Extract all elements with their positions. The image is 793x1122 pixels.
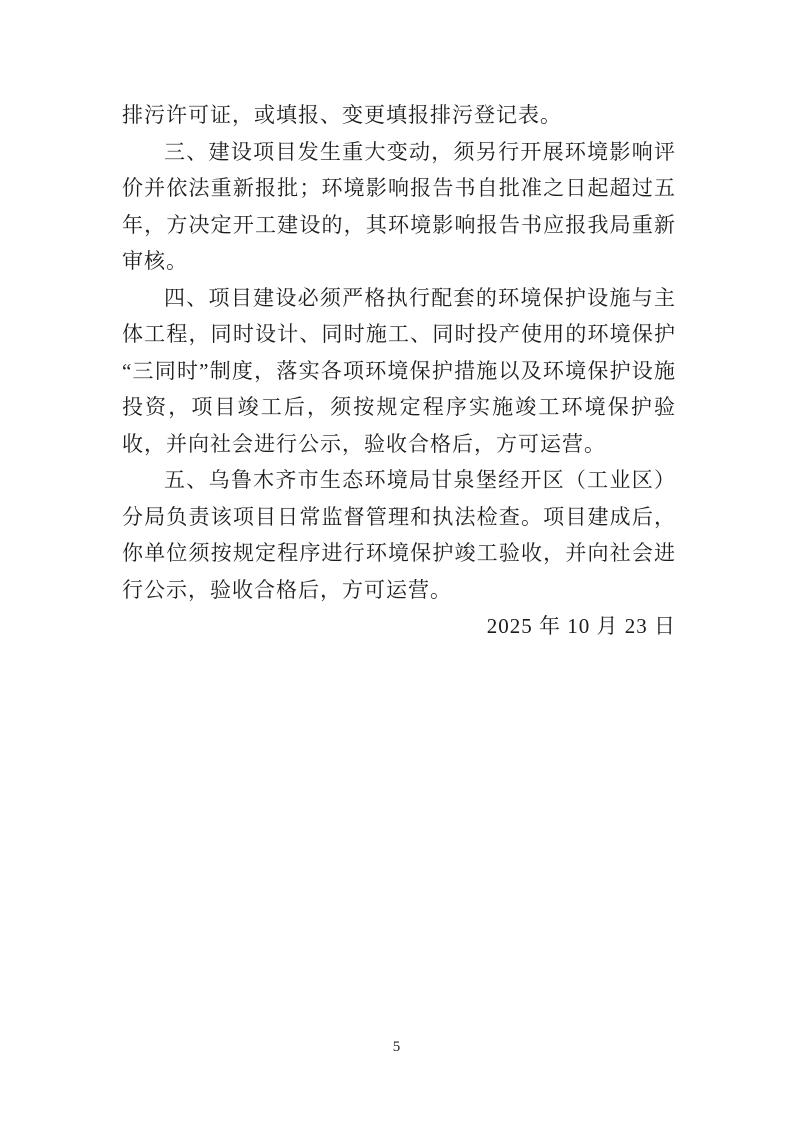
continuation-line: 排污许可证，或填报、变更填报排污登记表。 xyxy=(122,97,676,134)
page-number: 5 xyxy=(0,1038,793,1056)
paragraph-item-3: 三、建设项目发生重大变动，须另行开展环境影响评价并依法重新报批；环境影响报告书自… xyxy=(122,134,676,280)
paragraph-item-4: 四、项目建设必须严格执行配套的环境保护设施与主体工程，同时设计、同时施工、同时投… xyxy=(122,280,676,463)
document-page: 排污许可证，或填报、变更填报排污登记表。 三、建设项目发生重大变动，须另行开展环… xyxy=(0,0,793,1122)
document-body: 排污许可证，或填报、变更填报排污登记表。 三、建设项目发生重大变动，须另行开展环… xyxy=(122,97,676,645)
date-line: 2025 年 10 月 23 日 xyxy=(122,608,676,645)
paragraph-item-5: 五、乌鲁木齐市生态环境局甘泉堡经开区（工业区）分局负责该项目日常监督管理和执法检… xyxy=(122,462,676,608)
